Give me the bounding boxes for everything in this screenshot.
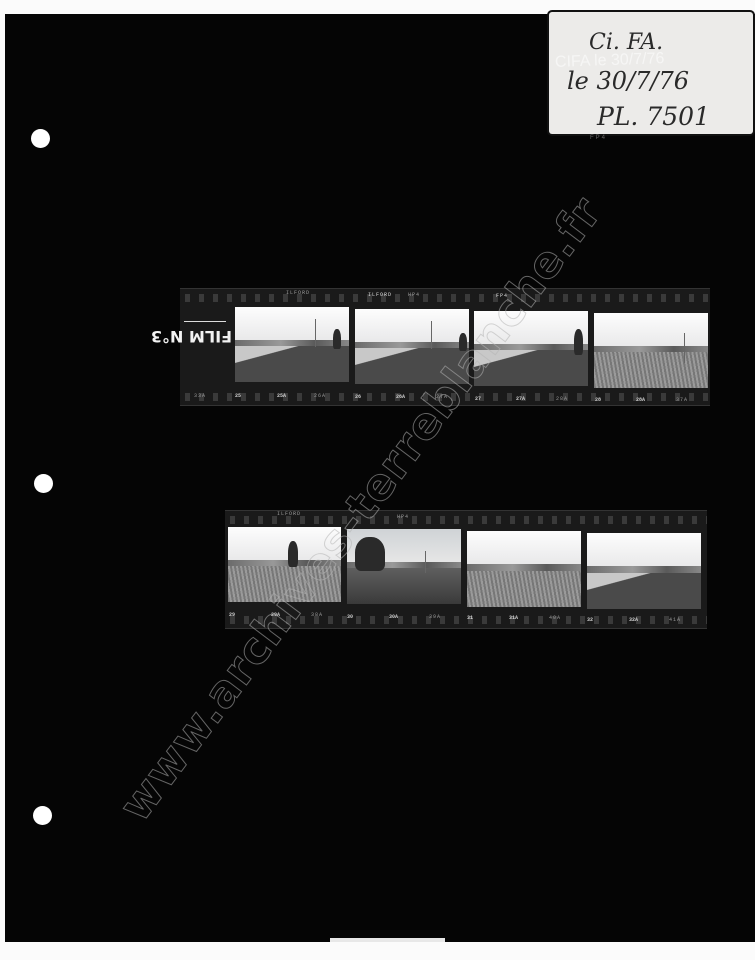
frame-number: 25 [235, 393, 241, 399]
label-plate-number: PL. 7501 [597, 102, 710, 131]
frame-number: 31 [467, 615, 473, 621]
binder-hole-middle [34, 474, 53, 493]
sprocket-row-top [225, 516, 707, 524]
frame-next-code: 26A [314, 393, 326, 399]
binder-hole-top [31, 129, 50, 148]
frame-25[interactable] [235, 307, 349, 382]
frame-code: 25A [277, 393, 286, 399]
frame-number: 29 [229, 612, 235, 618]
frame-code: 27A [516, 396, 525, 402]
frame-32[interactable] [587, 533, 701, 609]
label-client: Ci. FA. [589, 30, 663, 55]
edge-brand: ILFORD [286, 290, 310, 296]
film-note: FILM N°3 [184, 327, 232, 346]
label-footer-code: FP4 [590, 135, 607, 141]
frame-31[interactable] [467, 531, 581, 607]
binder-hole-bottom [33, 806, 52, 825]
edge-stock: HP4 [397, 514, 409, 520]
frame-number: 26 [355, 394, 361, 400]
frame-next-code: 28A [556, 396, 568, 402]
frame-code: 31A [509, 615, 518, 621]
film-note-underline [184, 321, 226, 322]
frame-next-code: 40A [549, 615, 561, 621]
frame-next-code: 37A [676, 397, 688, 403]
frame-code: 30A [389, 614, 398, 620]
frame-code: 28A [636, 397, 645, 403]
frame-28[interactable] [594, 313, 708, 388]
edge-brand: ILFORD [277, 511, 301, 517]
frame-number: 28 [595, 397, 601, 403]
frame-number: 30 [347, 614, 353, 620]
frame-next-code: 41A [669, 617, 681, 623]
frame-number: 32 [587, 617, 593, 623]
sheet-bottom-tab [330, 938, 445, 942]
label-date: le 30/7/76 [567, 67, 689, 95]
edge-stock: HP4 [408, 292, 420, 298]
frame-next-code: 39A [429, 614, 441, 620]
frame-code: 26A [396, 394, 405, 400]
frame-code: 32A [629, 617, 638, 623]
lead-code: 33A [194, 393, 206, 399]
handwritten-label-card: CIFA le 30/7/76 Ci. FA. le 30/7/76 PL. 7… [549, 12, 753, 134]
sprocket-row-top [180, 294, 710, 302]
edge-brand-2: ILFORD [368, 292, 392, 298]
